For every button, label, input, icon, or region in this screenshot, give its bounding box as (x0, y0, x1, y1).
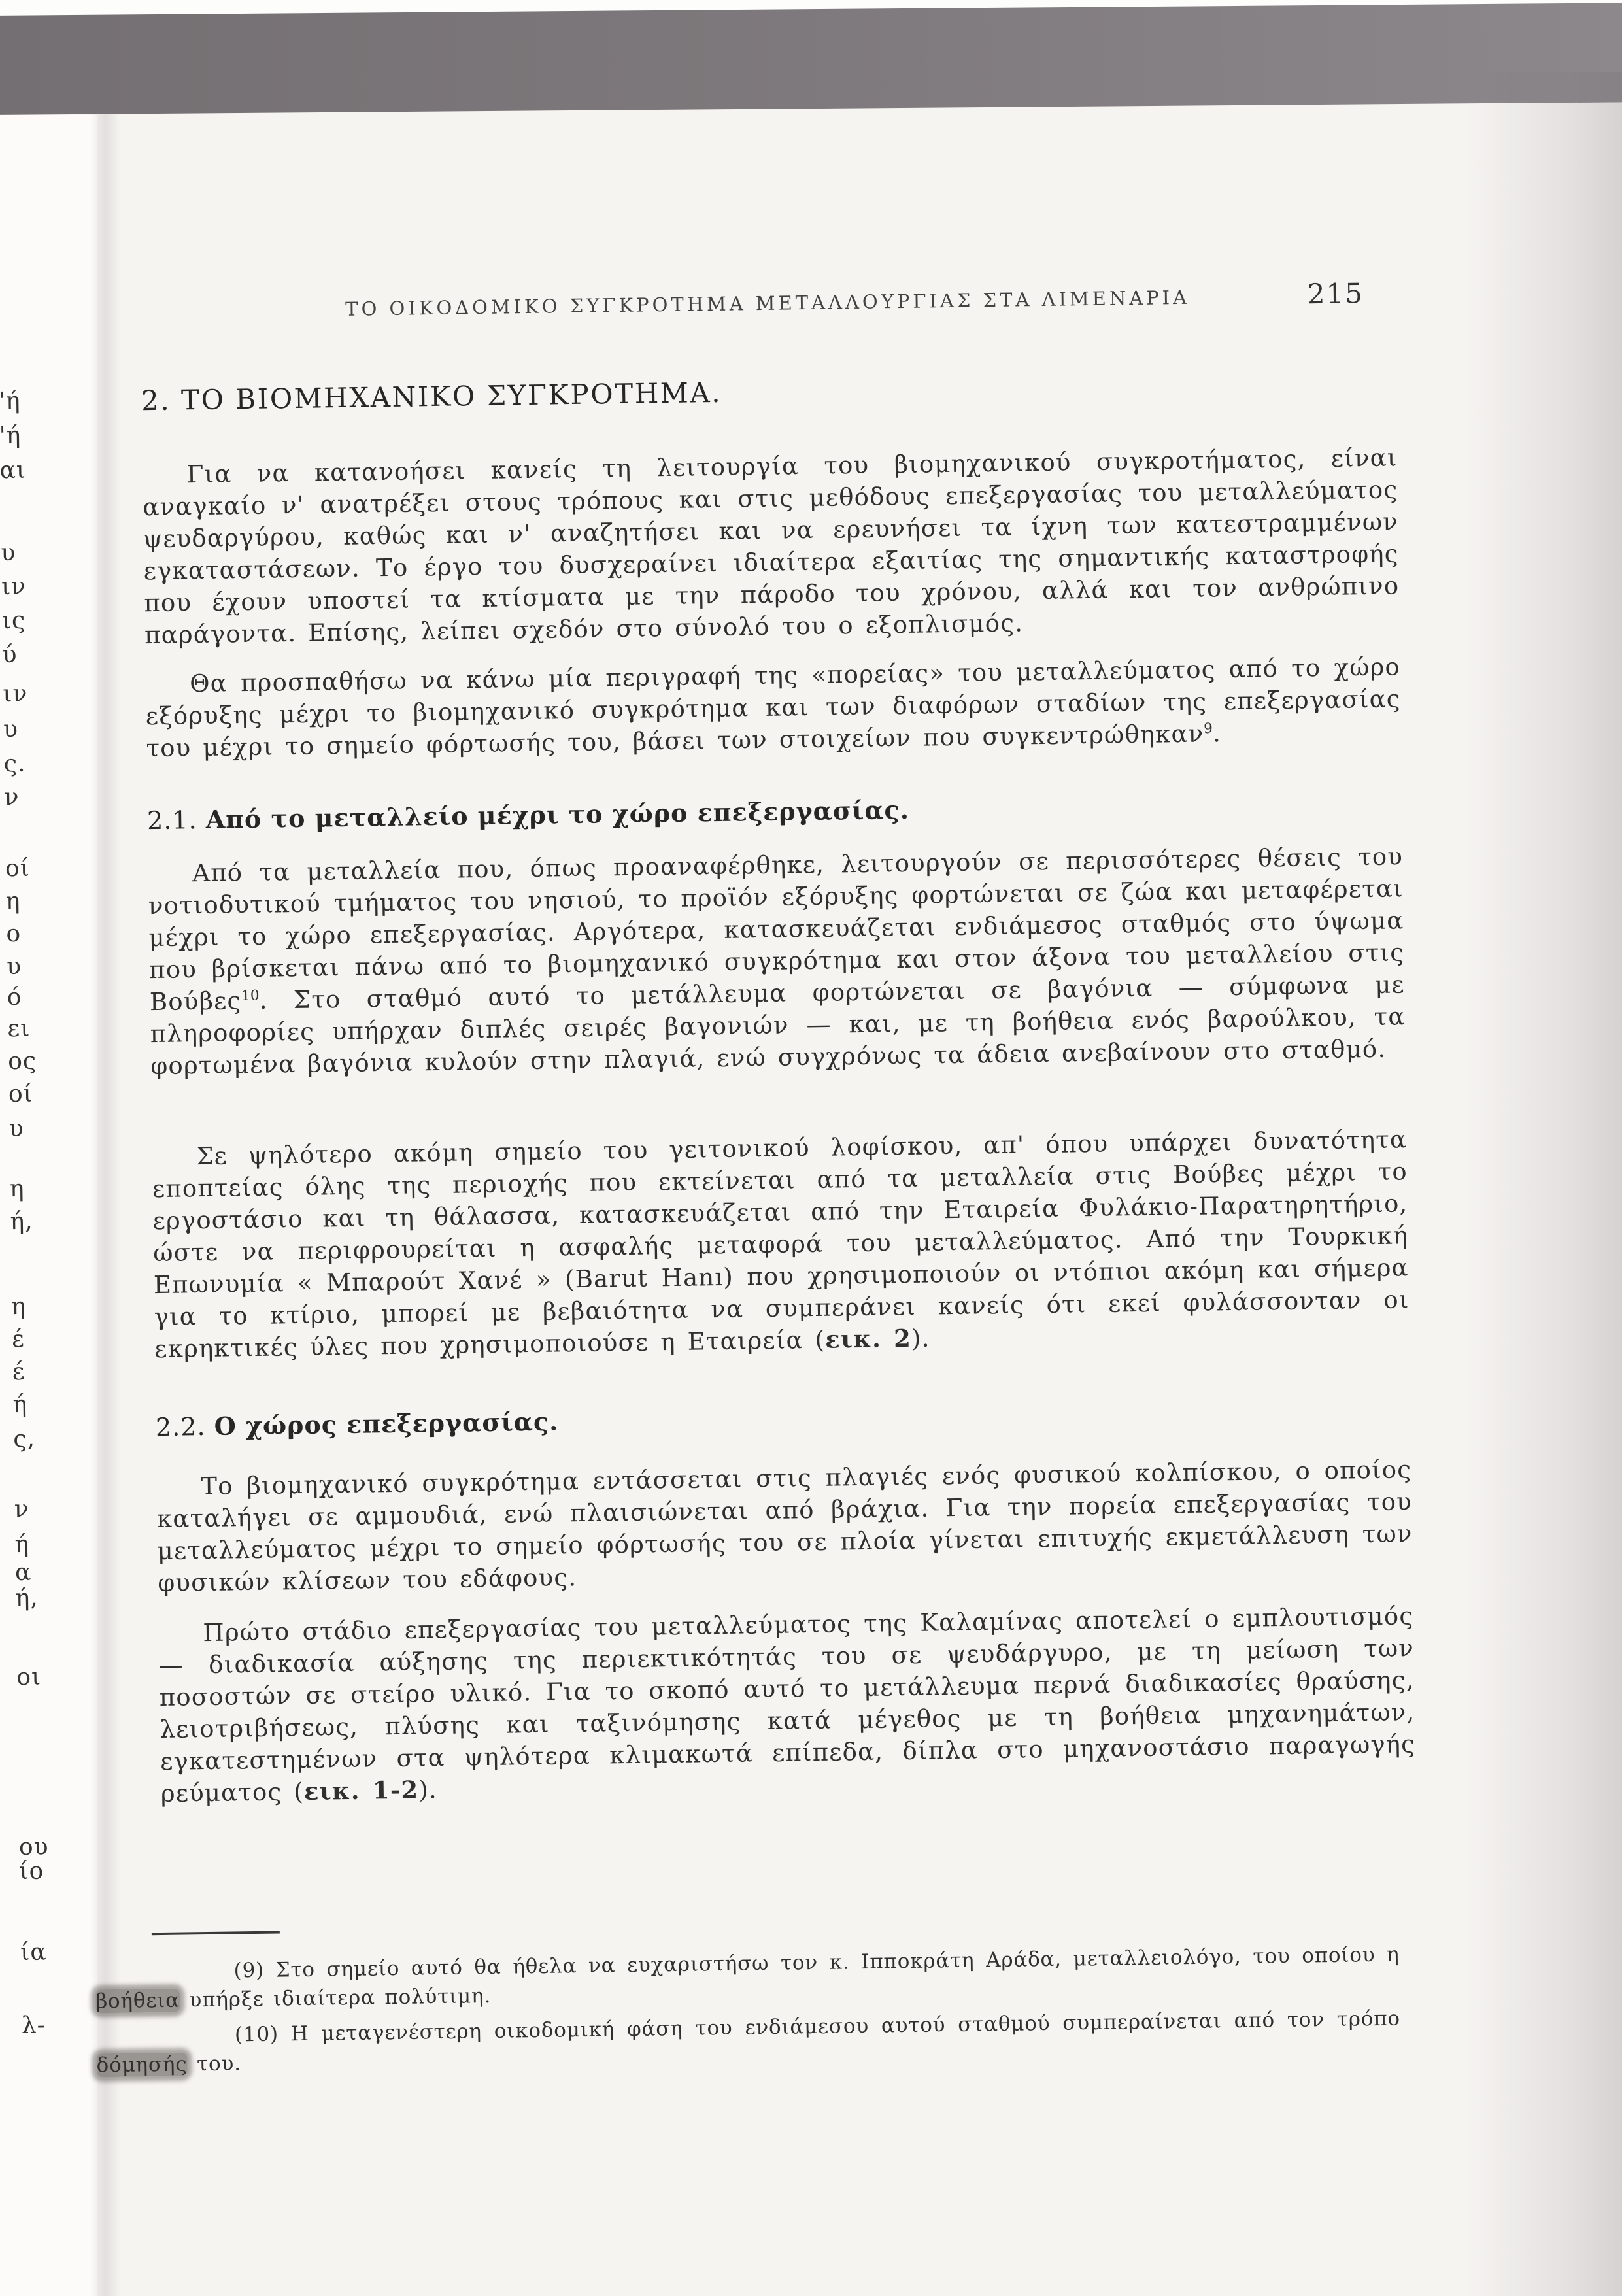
text-segment: ). (911, 1325, 930, 1353)
section-heading: 2.1. Από το μεταλλείο μέχρι το χώρο επεξ… (147, 788, 1402, 835)
text-segment: Το βιομηχανικό συγκρότημα εντάσσεται στι… (157, 1455, 1413, 1597)
text-segment: (9) Στο σημείο αυτό θα ήθελα να ευχαριστ… (233, 1943, 1399, 1983)
cutoff-text-fragment: ις (2, 607, 26, 635)
cutoff-text-fragment: 'ή (0, 388, 21, 414)
text-segment: (10) Η μεταγενέστερη οικοδομική φάση του… (235, 2007, 1400, 2047)
footnote-separator-rule (152, 1931, 280, 1935)
paragraph: Πρώτο στάδιο επεξεργασίας του μεταλλεύμα… (158, 1600, 1416, 1810)
text-segment: 2.2. (156, 1412, 214, 1442)
cutoff-text-fragment: υ (1, 539, 16, 566)
smudged-word: δόμησής (96, 2052, 187, 2077)
cutoff-text-fragment: ει (7, 1015, 30, 1042)
cutoff-text-fragment: λ- (22, 2012, 46, 2040)
cutoff-text-fragment: α (15, 1559, 32, 1586)
cutoff-text-fragment: η (6, 888, 21, 915)
text-segment: υπήρξε ιδιαίτερα πολύτιμη. (180, 1984, 492, 2012)
cutoff-text-fragment: ν (4, 784, 19, 811)
text-segment: 2. ΤΟ ΒΙΟΜΗΧΑΝΙΚΟ ΣΥΓΚΡΟΤΗΜΑ. (141, 377, 722, 416)
text-segment: . (1213, 719, 1222, 747)
running-header-title: ΤΟ ΟΙΚΟΔΟΜΙΚΟ ΣΥΓΚΡΟΤΗΜΑ ΜΕΤΑΛΛΟΥΡΓΙΑΣ Σ… (140, 283, 1395, 323)
paragraph: Θα προσπαθήσω να κάνω μία περιγραφή της … (145, 650, 1402, 764)
footnote-reference: 10 (241, 987, 260, 1004)
cutoff-text-fragment: οί (5, 855, 30, 883)
paragraph: Σε ψηλότερο ακόμη σημείο του γειτονικού … (152, 1123, 1410, 1365)
paragraph: Το βιομηχανικό συγκρότημα εντάσσεται στι… (156, 1453, 1413, 1599)
cutoff-text-fragment: οι (16, 1664, 41, 1691)
paragraph: Για να κατανοήσει κανείς τη λειτουργία τ… (142, 441, 1400, 651)
cutoff-text-fragment: ίο (19, 1858, 44, 1885)
cutoff-text-fragment: ή, (10, 1208, 33, 1235)
text-segment: Από το μεταλλείο μέχρι το χώρο επεξεργασ… (205, 795, 909, 834)
footnote: (10) Η μεταγενέστερη οικοδομική φάση του… (96, 2004, 1401, 2080)
cutoff-text-fragment: η (11, 1293, 26, 1320)
smudged-word: βοήθεια (95, 1989, 180, 2014)
cutoff-text-fragment: ιν (3, 681, 28, 708)
cutoff-text-fragment: ου (19, 1833, 49, 1861)
cutoff-text-fragment: ό (7, 984, 22, 1011)
page-content: 'ή'ήαιυινιςύινυς.νοίηουόειοςοίυηή,ηέέής,… (0, 0, 1622, 2296)
text-segment: εικ. 2 (825, 1324, 911, 1354)
cutoff-text-fragment: ία (20, 1938, 47, 1966)
cutoff-text-fragment: αι (0, 457, 26, 484)
cutoff-text-fragment: οί (8, 1081, 33, 1108)
cutoff-text-fragment: ή (14, 1531, 29, 1558)
margin-text-fragments: 'ή'ήαιυινιςύινυς.νοίηουόειοςοίυηή,ηέέής,… (0, 0, 1606, 3)
cutoff-text-fragment: ς. (4, 751, 26, 777)
cutoff-text-fragment: ος (8, 1048, 37, 1075)
section-heading: 2.2. Ο χώρος επεξεργασίας. (156, 1394, 1411, 1442)
running-header: ΤΟ ΟΙΚΟΔΟΜΙΚΟ ΣΥΓΚΡΟΤΗΜΑ ΜΕΤΑΛΛΟΥΡΓΙΑΣ Σ… (140, 283, 1396, 340)
text-segment: εικ. 1-2 (304, 1776, 419, 1806)
scanned-page: 'ή'ήαιυινιςύινυς.νοίηουόειοςοίυηή,ηέέής,… (0, 0, 1622, 2296)
body-blocks: 2. ΤΟ ΒΙΟΜΗΧΑΝΙΚΟ ΣΥΓΚΡΟΤΗΜΑ.Για να κατα… (0, 0, 1606, 3)
footnotes: (9) Στο σημείο αυτό θα ήθελα να ευχαριστ… (95, 1940, 1400, 2080)
cutoff-text-fragment: ς, (13, 1426, 35, 1453)
cutoff-text-fragment: ιν (1, 573, 27, 601)
cutoff-text-fragment: ν (14, 1496, 29, 1523)
text-segment: Ο χώρος επεξεργασίας. (214, 1406, 558, 1440)
cutoff-text-fragment: 'ή (0, 422, 22, 449)
text-segment: 2.1. (147, 805, 206, 835)
text-segment: . Στο σταθμό αυτό το μετάλλευμα φορτώνετ… (150, 970, 1405, 1080)
cutoff-text-fragment: υ (3, 716, 18, 743)
cutoff-text-fragment: υ (8, 1115, 24, 1142)
text-segment: του. (187, 2051, 241, 2076)
page-number: 215 (1308, 277, 1364, 310)
cutoff-text-fragment: ύ (2, 641, 17, 668)
section-heading: 2. ΤΟ ΒΙΟΜΗΧΑΝΙΚΟ ΣΥΓΚΡΟΤΗΜΑ. (141, 367, 1396, 416)
footnote-reference: 9 (1204, 720, 1213, 737)
cutoff-text-fragment: έ (12, 1326, 25, 1353)
text-segment: ). (418, 1776, 437, 1804)
cutoff-text-fragment: ο (6, 920, 21, 947)
cutoff-text-fragment: ή (12, 1391, 27, 1418)
text-segment: Σε ψηλότερο ακόμη σημείο του γειτονικού … (152, 1125, 1410, 1363)
cutoff-text-fragment: υ (7, 953, 22, 980)
cutoff-text-fragment: η (10, 1175, 25, 1202)
cutoff-text-fragment: έ (12, 1359, 25, 1385)
text-segment: Για να κατανοήσει κανείς τη λειτουργία τ… (143, 443, 1399, 649)
paragraph: Από τα μεταλλεία που, όπως προαναφέρθηκε… (148, 840, 1406, 1082)
footnote: (9) Στο σημείο αυτό θα ήθελα να ευχαριστ… (95, 1940, 1400, 2016)
cutoff-text-fragment: ή, (15, 1585, 39, 1612)
